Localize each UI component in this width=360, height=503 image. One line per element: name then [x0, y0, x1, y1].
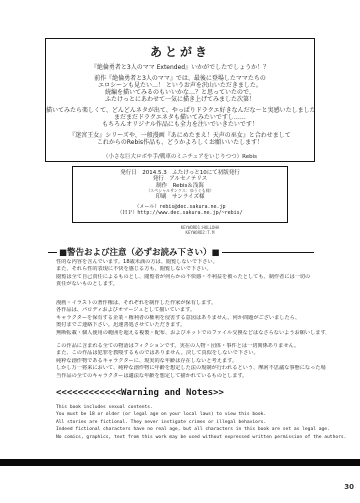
- warning-header: ■警告および注意（必ずお読み下さい）■: [48, 246, 314, 258]
- text-line: また、この作品は犯罪を教唆するものではありません。決して真似をしないで下さい。: [56, 350, 326, 357]
- text-line: 続編を描いてみるのもいいかな…？と思っていたので、: [46, 89, 314, 96]
- text-line: You must be 18 or older (or legal age on…: [56, 411, 350, 418]
- keyword-note: KEYWORD1:HOLLOHAKEYWORD2:T.M: [140, 226, 260, 236]
- text-line: しかし万一将来において、純粋な創作物に年齢を想定した法の規制が行われるという、摩…: [56, 365, 326, 372]
- text-line: Indeed fictional characters have no real…: [56, 426, 350, 433]
- warning-header-text: ■警告および注意（必ずお読み下さい）■: [59, 246, 220, 258]
- text-line: 純粋な創作物であるキャラクターに、現実的な年齢は存在しないと考えます。: [56, 358, 326, 365]
- text-line: No comics, graphics, text from this work…: [56, 434, 350, 441]
- text-line: 『絶倫勇者と3人のママ Extended』いかがでしたでしょうか！？: [46, 64, 314, 71]
- english-warning-header: <<<<<<<<<<<<Warning and Notes>>: [56, 388, 224, 398]
- bottom-black-bar: [0, 459, 360, 466]
- text-line: 印刷 サンライズ様: [73, 194, 287, 200]
- afterword-title: あとがき: [46, 43, 314, 60]
- text-line: まだまだドラクエネタも描いてみたいですし……: [46, 114, 314, 121]
- doujin-afterword-page: あとがき 『絶倫勇者と3人のママ Extended』いかがでしたでしょうか！？ …: [0, 0, 360, 503]
- text-line: ふたけっとにあわせて一気に描き上げてみました次第！: [46, 96, 314, 103]
- text-line: All stories are fictional. They never in…: [56, 419, 350, 426]
- text-line: もちろんオリジナル作品にも全力を注いでいきたいです！: [46, 121, 314, 128]
- english-warning-lines: This book includes sexual contents.You m…: [56, 404, 350, 441]
- page-number: 30: [344, 483, 354, 491]
- text-line: （ＨＰ）http://www.dec.sakura.ne.jp/~rebis/: [73, 210, 287, 217]
- warning-paragraph-age: 性的な内容を含んでいます。18歳未満の方は、閲覧しないで下さい。また、それら性的…: [56, 259, 326, 289]
- afterword-paragraph-3: 描いてみたら楽しくて、どんどんネタが出て、やっぱりドラクエ好きなんだな〜と実感い…: [46, 107, 314, 128]
- afterword-paragraph-1: 『絶倫勇者と3人のママ Extended』いかがでしたでしょうか！？: [46, 64, 314, 71]
- text-line: 閲覧は全て自己責任によるものとし、閲覧者が何らかの不快感・不利益を被ったとしても…: [56, 274, 326, 281]
- text-line: This book includes sexual contents.: [56, 404, 350, 411]
- text-line: KEYWORD2:T.M: [140, 231, 260, 236]
- text-line: 『迷宮王女』シリーズや、一般漫画『あにめたまえ！天声の巫女』と合わせまして: [46, 132, 314, 139]
- text-line: これからのRebis作品も、どうかよろしくお願いいたします！: [46, 139, 314, 146]
- colophon-contact-info: （メール）rebis@dec.sakura.ne.jp（ＨＰ）http://ww…: [73, 204, 287, 217]
- warning-paragraph-copyright: 漫画・イラストの著作権は、それぞれを制作した作家が保有します。各作品は、パロディ…: [56, 300, 326, 337]
- text-line: 各作品は、パロディおよびオマージュとして描いています。: [56, 307, 326, 314]
- header-rule-left: [48, 252, 57, 253]
- afterword-paragraph-4: 『迷宮王女』シリーズや、一般漫画『あにめたまえ！天声の巫女』と合わせましてこれか…: [46, 132, 314, 146]
- text-line: 当作品の全てのキャラクターは適法な年齢を想定して描かれているものとします。: [56, 373, 326, 380]
- text-line: 奥付までご連絡下さい。迅速善処させていただきます。: [56, 322, 326, 329]
- text-line: エロシーンも見たい…！ というお声を沢山いただきました。: [46, 82, 314, 89]
- colophon-box: 発行日 2014.5.3 ふたけっと10にて初版発行発行 アルセノテリス制作 R…: [72, 166, 288, 223]
- afterword-paragraph-2: 前作『絶倫勇者と3人のママ』では、最後に登場したママたちのエロシーンも見たい…！…: [46, 75, 314, 103]
- warning-paragraph-fiction: この作品に含まれる全ての物語はフィクションです。実在の人物・団体・事件とは一切関…: [56, 343, 326, 380]
- text-line: キャラクターを保有する企業・権利者の権利を侵害する意図はありません。何か問題がご…: [56, 315, 326, 322]
- text-line: 性的な内容を含んでいます。18歳未満の方は、閲覧しないで下さい。: [56, 259, 326, 266]
- text-line: 無断転載・個人使用の範囲を超える複製・配布、およびネットでのファイル交換などはな…: [56, 330, 326, 337]
- author-signature: （小さな巨大ロボや手/戦車のミニチュアをいじりつつ）Rebis: [46, 152, 314, 160]
- afterword-box: あとがき 『絶倫勇者と3人のママ Extended』いかがでしたでしょうか！？ …: [45, 38, 315, 162]
- text-line: また、それら性的表現に不快を感じる方も、閲覧しないで下さい。: [56, 266, 326, 273]
- colophon-publication-info: 発行日 2014.5.3 ふたけっと10にて初版発行発行 アルセノテリス制作 R…: [73, 170, 287, 200]
- header-rule-right: [222, 252, 314, 253]
- text-line: 漫画・イラストの著作権は、それぞれを制作した作家が保有します。: [56, 300, 326, 307]
- text-line: この作品に含まれる全ての物語はフィクションです。実在の人物・団体・事件とは一切関…: [56, 343, 326, 350]
- text-line: 描いてみたら楽しくて、どんどんネタが出て、やっぱりドラクエ好きなんだな〜と実感い…: [46, 107, 314, 114]
- text-line: 責任がないものとします。: [56, 281, 326, 288]
- text-line: 前作『絶倫勇者と3人のママ』では、最後に登場したママたちの: [46, 75, 314, 82]
